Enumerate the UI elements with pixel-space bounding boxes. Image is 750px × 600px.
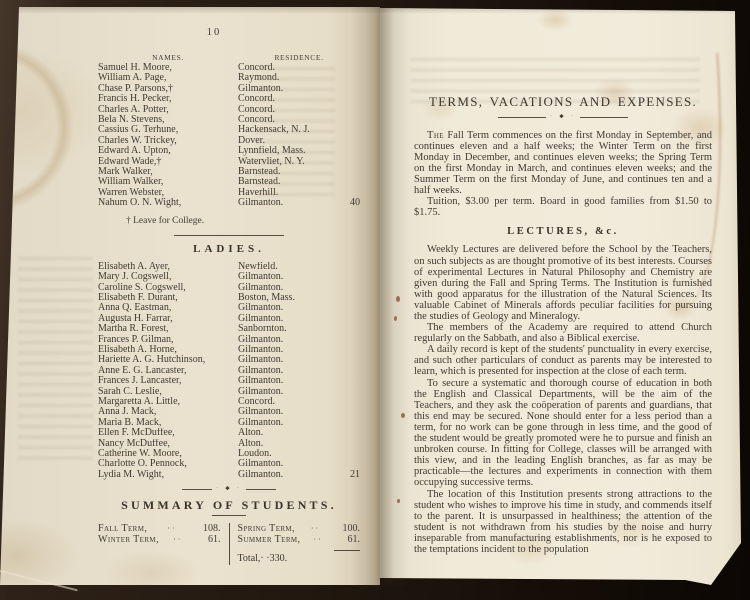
student-row: Warren Webster, Haverhill. [98, 188, 360, 198]
student-name: Elisabeth A. Ayer, [98, 262, 238, 272]
student-row: Edward Wade,† Watervliet, N. Y. [98, 157, 360, 167]
student-residence: Gilmanton. [238, 303, 334, 313]
names-table: Samuel H. Moore, Concord. William A. Pag… [98, 63, 360, 209]
student-residence: Haverhill. [238, 188, 334, 198]
paragraph: The location of this Institution present… [414, 489, 712, 556]
student-row: Ellen F. McDuffee, Alton. [98, 428, 360, 438]
student-name: Edward A. Upton, [98, 146, 238, 156]
binding-stitch [401, 413, 405, 418]
lectures-heading: LECTURES, &c. [414, 226, 712, 237]
section-count [334, 397, 360, 407]
paragraph: The members of the Academy are required … [414, 322, 712, 344]
dagger-footnote: † Leave for College. [126, 216, 360, 226]
student-row: Elisabeth A. Horne, Gilmanton. [98, 345, 360, 355]
student-residence: Barnstead. [238, 177, 334, 187]
student-row: Chase P. Parsons,† Gilmanton. [98, 84, 360, 94]
student-name: Sarah C. Leslie, [98, 387, 238, 397]
student-name: Elisabeth F. Durant, [98, 293, 238, 303]
student-name: Nancy McDuffee, [98, 439, 238, 449]
divider-ornament-icon: · ◆ · [414, 115, 712, 121]
student-row: Elisabeth A. Ayer, Newfield. [98, 262, 360, 272]
section-count [334, 303, 360, 313]
student-name: Lydia M. Wight, [98, 470, 238, 480]
student-residence: Gilmanton. [238, 84, 334, 94]
section-count [334, 63, 360, 73]
student-residence: Gilmanton. [238, 470, 334, 480]
student-row: Bela N. Stevens, Concord. [98, 115, 360, 125]
section-count [334, 167, 360, 177]
binding-stitch [397, 499, 400, 503]
student-row: Catherine W. Moore, Loudon. [98, 449, 360, 459]
student-name: Anna J. Mack, [98, 407, 238, 417]
section-count [334, 387, 360, 397]
student-name: Mary J. Cogswell, [98, 272, 238, 282]
student-name: Anne E. G. Lancaster, [98, 366, 238, 376]
student-row: Mary J. Cogswell, Gilmanton. [98, 272, 360, 282]
term-count: 100. [334, 523, 360, 535]
student-residence: Barnstead. [238, 167, 334, 177]
section-count [334, 407, 360, 417]
student-name: Charles A. Potter, [98, 105, 238, 115]
student-name: Chase P. Parsons,† [98, 84, 238, 94]
student-residence: Alton. [238, 439, 334, 449]
student-row: Anna J. Mack, Gilmanton. [98, 407, 360, 417]
student-residence: Hackensack, N. J. [238, 125, 334, 135]
left-page-content: 10 NAMES. RESIDENCE. Samuel H. Moore, Co… [98, 27, 360, 565]
section-count [334, 84, 360, 94]
section-rule [174, 235, 284, 236]
student-row: Francis H. Pecker, Concord. [98, 94, 360, 104]
student-row: Maria B. Mack, Gilmanton. [98, 418, 360, 428]
section-count [334, 293, 360, 303]
section-count [334, 73, 360, 83]
dot-leader: · · [300, 534, 334, 546]
student-residence: Gilmanton. [238, 418, 334, 428]
student-residence: Newfield. [238, 262, 334, 272]
names-table-header: NAMES. RESIDENCE. [98, 53, 360, 62]
section-count [334, 428, 360, 438]
student-row: William A. Page, Raymond. [98, 73, 360, 83]
student-name: Francis H. Pecker, [98, 94, 238, 104]
section-count [334, 418, 360, 428]
student-residence: Gilmanton. [238, 355, 334, 365]
section-count: 21 [334, 470, 360, 480]
student-residence: Concord. [238, 397, 334, 407]
right-page: TERMS, VACATIONS AND EXPENSES. · ◆ · The… [380, 8, 745, 586]
term-count: 61. [195, 534, 221, 546]
student-name: Ellen F. McDuffee, [98, 428, 238, 438]
page-number: 10 [98, 27, 330, 38]
student-row: Frances J. Lancaster, Gilmanton. [98, 376, 360, 386]
student-residence: Gilmanton. [238, 366, 334, 376]
section-count [334, 177, 360, 187]
dot-leader: · · [295, 523, 334, 535]
section-count [334, 355, 360, 365]
student-residence: Gilmanton. [238, 335, 334, 345]
student-residence: Gilmanton. [238, 198, 334, 208]
student-residence: Gilmanton. [238, 407, 334, 417]
student-row: Augusta H. Farrar, Gilmanton. [98, 314, 360, 324]
summary-row: Fall Term, · · 108. [98, 523, 221, 535]
student-row: William Walker, Barnstead. [98, 177, 360, 187]
summary-rule [212, 515, 246, 516]
student-row: Charlotte O. Pennock, Gilmanton. [98, 459, 360, 469]
student-name: Mark Walker, [98, 167, 238, 177]
section-count [334, 449, 360, 459]
student-name: Cassius G. Terhune, [98, 125, 238, 135]
summary-right-column: Spring Term, · · 100. Summer Term, · · 6… [229, 523, 361, 565]
student-name: Hariette A. G. Hutchinson, [98, 355, 238, 365]
section-count [334, 345, 360, 355]
student-row: Anne E. G. Lancaster, Gilmanton. [98, 366, 360, 376]
student-name: William Walker, [98, 177, 238, 187]
paragraph: Weekly Lectures are delivered before the… [414, 244, 712, 322]
student-row: Charles A. Potter, Concord. [98, 105, 360, 115]
summary-heading: SUMMARY OF STUDENTS. [98, 498, 360, 513]
section-count [334, 262, 360, 272]
section-count [334, 115, 360, 125]
section-count [334, 146, 360, 156]
student-name: Warren Webster, [98, 188, 238, 198]
summary-table: Fall Term, · · 108. Winter Term, · · 61. [98, 523, 360, 565]
student-name: Samuel H. Moore, [98, 63, 238, 73]
student-name: Martha R. Forest, [98, 324, 238, 334]
student-name: Catherine W. Moore, [98, 449, 238, 459]
student-row: Margaretta A. Little, Concord. [98, 397, 360, 407]
section-count [334, 366, 360, 376]
paragraph-text: Fall Term commences on the first Monday … [414, 130, 712, 196]
student-row: Nancy McDuffee, Alton. [98, 439, 360, 449]
section-count [334, 324, 360, 334]
student-residence: Sanbornton. [238, 324, 334, 334]
paragraph: Tuition, $3.00 per term. Board in good f… [414, 196, 712, 218]
student-name: William A. Page, [98, 73, 238, 83]
body-paragraphs: Weekly Lectures are delivered before the… [414, 244, 712, 555]
student-name: Nahum O. N. Wight, [98, 198, 238, 208]
divider-ornament-icon: · ◆ · [98, 487, 360, 493]
right-page-content: TERMS, VACATIONS AND EXPENSES. · ◆ · The… [414, 96, 712, 555]
student-row: Lydia M. Wight, Gilmanton. 21 [98, 470, 360, 480]
student-row: Mark Walker, Barnstead. [98, 167, 360, 177]
student-row: Frances P. Gilman, Gilmanton. [98, 335, 360, 345]
total-rule [334, 550, 360, 551]
section-count [334, 157, 360, 167]
section-count [334, 136, 360, 146]
student-residence: Watervliet, N. Y. [238, 157, 334, 167]
paragraph: A daily record is kept of the students' … [414, 344, 712, 377]
student-row: Elisabeth F. Durant, Boston, Mass. [98, 293, 360, 303]
student-name: Margaretta A. Little, [98, 397, 238, 407]
student-name: Maria B. Mack, [98, 418, 238, 428]
student-row: Charles W. Trickey, Dover. [98, 136, 360, 146]
summary-row: Spring Term, · · 100. [238, 523, 361, 535]
student-residence: Gilmanton. [238, 283, 334, 293]
residence-column-header: RESIDENCE. [238, 53, 360, 62]
section-count [334, 376, 360, 386]
student-residence: Boston, Mass. [238, 293, 334, 303]
term-label: Summer Term, [238, 534, 301, 546]
student-residence: Concord. [238, 94, 334, 104]
student-name: Charlotte O. Pennock, [98, 459, 238, 469]
term-label: Winter Term, [98, 534, 159, 546]
student-residence: Gilmanton. [238, 387, 334, 397]
summary-right-rows: Spring Term, · · 100. Summer Term, · · 6… [238, 523, 361, 546]
section-count [334, 439, 360, 449]
summary-row: Winter Term, · · 61. [98, 534, 221, 546]
student-row: Hariette A. G. Hutchinson, Gilmanton. [98, 355, 360, 365]
student-row: Edward A. Upton, Lynnfield, Mass. [98, 146, 360, 156]
student-residence: Concord. [238, 115, 334, 125]
section-count [334, 314, 360, 324]
term-label: Fall Term, [98, 523, 147, 535]
names-column-header: NAMES. [98, 53, 238, 62]
section-count: 40 [334, 198, 360, 208]
summary-left-column: Fall Term, · · 108. Winter Term, · · 61. [98, 523, 229, 565]
section-count [334, 283, 360, 293]
term-label: Spring Term, [238, 523, 295, 535]
student-row: Sarah C. Leslie, Gilmanton. [98, 387, 360, 397]
student-residence: Alton. [238, 428, 334, 438]
student-name: Anna Q. Eastman, [98, 303, 238, 313]
bleedthrough-text [18, 257, 93, 467]
student-residence: Concord. [238, 105, 334, 115]
dot-leader: · · [147, 523, 194, 535]
total-count: 330. [270, 553, 288, 565]
section-count [334, 125, 360, 135]
term-count: 108. [195, 523, 221, 535]
dot-leader: · · [260, 553, 269, 565]
student-residence: Lynnfield, Mass. [238, 146, 334, 156]
total-label: Total, [238, 553, 261, 565]
student-name: Edward Wade,† [98, 157, 238, 167]
student-name: Augusta H. Farrar, [98, 314, 238, 324]
page-title: TERMS, VACATIONS AND EXPENSES. [414, 96, 712, 107]
paragraph: The Fall Term commences on the first Mon… [414, 130, 712, 197]
student-name: Elisabeth A. Horne, [98, 345, 238, 355]
total-row: Total, · · 330. [238, 553, 361, 565]
student-row: Martha R. Forest, Sanbornton. [98, 324, 360, 334]
student-residence: Dover. [238, 136, 334, 146]
binding-stitch [394, 316, 397, 321]
left-page: 10 NAMES. RESIDENCE. Samuel H. Moore, Co… [0, 7, 380, 585]
student-name: Bela N. Stevens, [98, 115, 238, 125]
student-row: Anna Q. Eastman, Gilmanton. [98, 303, 360, 313]
student-residence: Gilmanton. [238, 345, 334, 355]
student-residence: Loudon. [238, 449, 334, 459]
book-photograph: { "colors":{"cover":"#221810","paper_lef… [0, 0, 750, 600]
student-residence: Gilmanton. [238, 314, 334, 324]
student-residence: Gilmanton. [238, 272, 334, 282]
student-name: Frances P. Gilman, [98, 335, 238, 345]
student-name: Caroline S. Cogswell, [98, 283, 238, 293]
leadin-word: The [427, 130, 444, 141]
term-count: 61. [334, 534, 360, 546]
student-residence: Concord. [238, 63, 334, 73]
section-count [334, 105, 360, 115]
student-name: Frances J. Lancaster, [98, 376, 238, 386]
ladies-table: Elisabeth A. Ayer, Newfield. Mary J. Cog… [98, 262, 360, 481]
section-count [334, 335, 360, 345]
student-row: Caroline S. Cogswell, Gilmanton. [98, 283, 360, 293]
student-row: Samuel H. Moore, Concord. [98, 63, 360, 73]
section-count [334, 272, 360, 282]
binding-stitch [396, 296, 400, 302]
paragraph: To secure a systematic and thorough cour… [414, 378, 712, 489]
student-residence: Gilmanton. [238, 376, 334, 386]
student-row: Cassius G. Terhune, Hackensack, N. J. [98, 125, 360, 135]
student-row: Nahum O. N. Wight, Gilmanton. 40 [98, 198, 360, 208]
ladies-heading: LADIES. [98, 243, 360, 255]
student-residence: Raymond. [238, 73, 334, 83]
student-residence: Gilmanton. [238, 459, 334, 469]
section-count [334, 94, 360, 104]
student-name: Charles W. Trickey, [98, 136, 238, 146]
dot-leader: · · [159, 534, 195, 546]
summary-row: Summer Term, · · 61. [238, 534, 361, 546]
